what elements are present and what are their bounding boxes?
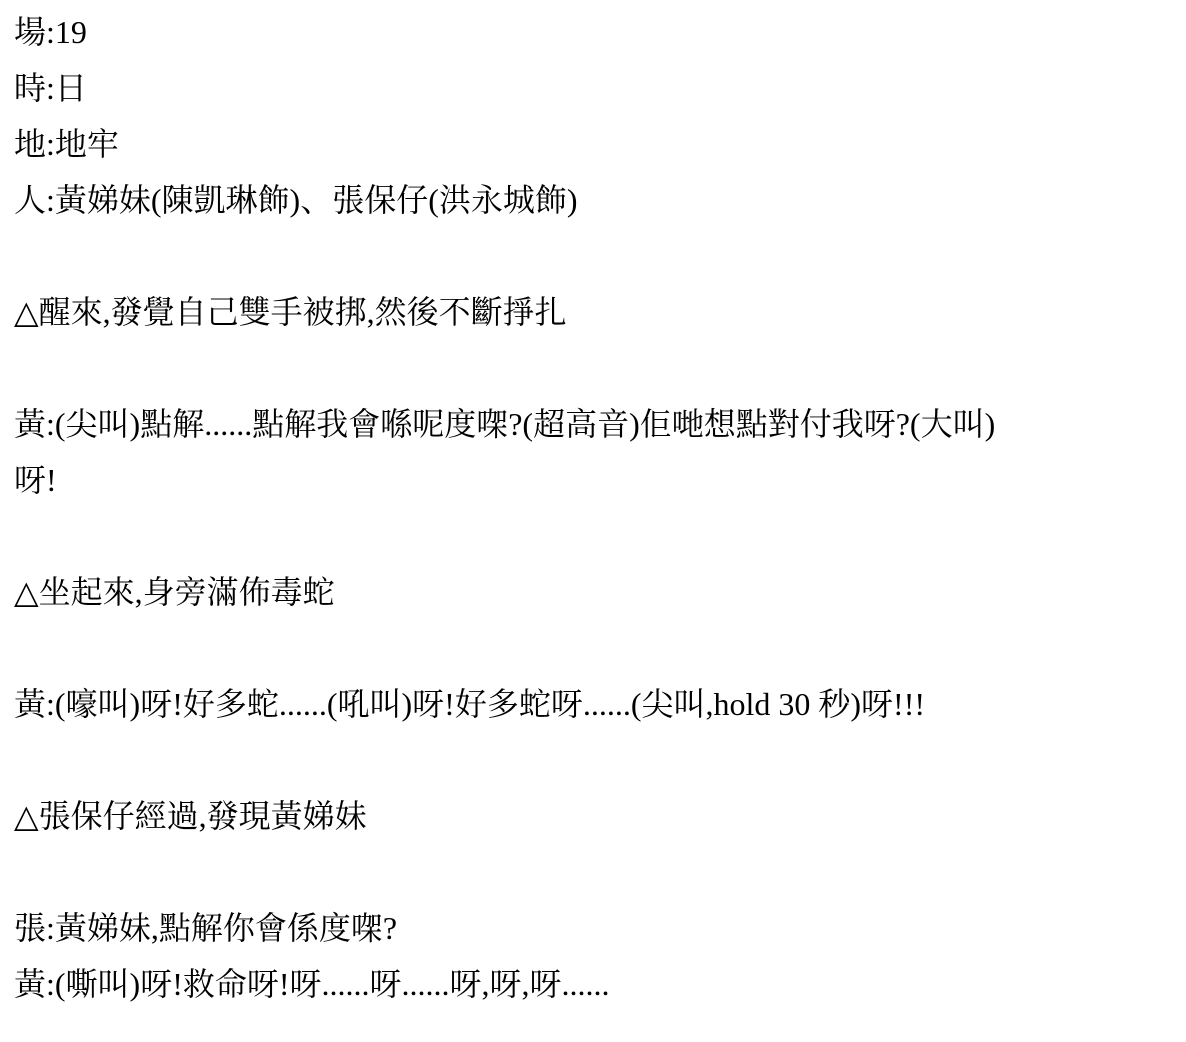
blank-line <box>14 620 1178 676</box>
script-document: 場:19時:日地:地牢人:黃娣妹(陳凱琳飾)、張保仔(洪永城飾) △醒來,發覺自… <box>0 0 1186 1042</box>
scene-header-line: 地:地牢 <box>14 116 1178 172</box>
blank-line <box>14 340 1178 396</box>
blank-line <box>14 844 1178 900</box>
blank-line <box>14 732 1178 788</box>
dialogue-line: 黃:(嚎叫)呀!好多蛇......(吼叫)呀!好多蛇呀......(尖叫,hol… <box>14 676 1178 732</box>
scene-header-line: 人:黃娣妹(陳凱琳飾)、張保仔(洪永城飾) <box>14 172 1178 228</box>
dialogue-line: 黃:(嘶叫)呀!救命呀!呀......呀......呀,呀,呀...... <box>14 956 1178 1012</box>
blank-line <box>14 508 1178 564</box>
dialogue-line: 張:黃娣妹,點解你會係度㗎? <box>14 900 1178 956</box>
stage-direction-line: △坐起來,身旁滿佈毒蛇 <box>14 564 1178 620</box>
stage-direction-line: △醒來,發覺自己雙手被挷,然後不斷掙扎 <box>14 284 1178 340</box>
scene-header-line: 場:19 <box>14 4 1178 60</box>
dialogue-line: 黃:(尖叫)點解......點解我會喺呢度㗎?(超高音)佢哋想點對付我呀?(大叫… <box>14 396 1178 452</box>
dialogue-line: 呀! <box>14 452 1178 508</box>
blank-line <box>14 228 1178 284</box>
stage-direction-line: △張保仔經過,發現黃娣妹 <box>14 788 1178 844</box>
scene-header-line: 時:日 <box>14 60 1178 116</box>
